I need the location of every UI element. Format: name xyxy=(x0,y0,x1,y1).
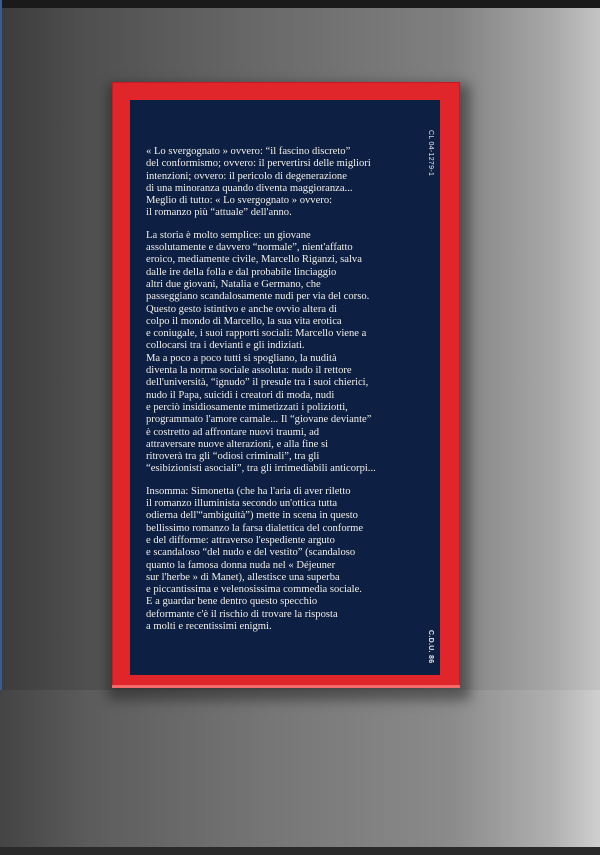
blurb-line: deformante c'è il rischio di trovare la … xyxy=(146,609,424,621)
blurb-line: attraversare nuove alterazioni, e alla f… xyxy=(146,439,424,451)
scanner-edge-top xyxy=(0,0,600,8)
blurb-line: e piccantissima e velenosissima commedia… xyxy=(146,584,424,596)
blurb-line: E a guardar bene dentro questo specchio xyxy=(146,596,424,608)
blurb-line: quanto la famosa donna nuda nel « Déjeun… xyxy=(146,560,424,572)
blurb-line: e scandaloso “del nudo e del vestito” (s… xyxy=(146,547,424,559)
blurb-line: La storia è molto semplice: un giovane xyxy=(146,230,424,242)
blurb-paragraph: La storia è molto semplice: un giovaneas… xyxy=(146,230,424,476)
blurb-line: dell'università, “ignudo” il presule tra… xyxy=(146,377,424,389)
blurb-line: collocarsi tra i devianti e gli indiziat… xyxy=(146,340,424,352)
blurb-line: di una minoranza quando diventa maggiora… xyxy=(146,183,424,195)
blurb-line: ritroverà tra gli “odiosi criminali”, tr… xyxy=(146,451,424,463)
blurb-line: il romanzo più “attuale” dell'anno. xyxy=(146,207,424,219)
blurb-line: intenzioni; ovvero: il pericolo di degen… xyxy=(146,171,424,183)
blurb-line: eroico, mediamente civile, Marcello Riga… xyxy=(146,254,424,266)
scanner-bed xyxy=(0,690,600,847)
blurb-line: il romanzo illuminista secondo un'ottica… xyxy=(146,498,424,510)
blurb-line: odierna dell'“ambiguità”) mette in scena… xyxy=(146,510,424,522)
blurb-line: e coniugale, i suoi rapporti sociali: Ma… xyxy=(146,328,424,340)
cdu-code: C.D.U. 86 xyxy=(427,630,434,663)
blurb-line: bellissimo romanzo la farsa dialettica d… xyxy=(146,523,424,535)
blurb-line: assolutamente e davvero “normale”, nient… xyxy=(146,242,424,254)
blurb-line: dalle ire della folla e dal probabile li… xyxy=(146,267,424,279)
blurb-line: sur l'herbe » di Manet), allestisce una … xyxy=(146,572,424,584)
scanner-edge-bottom xyxy=(0,847,600,855)
blurb-line: Questo gesto istintivo e anche ovvio alt… xyxy=(146,304,424,316)
blurb-paragraph: Insomma: Simonetta (che ha l'aria di ave… xyxy=(146,486,424,634)
blurb-line: a molti e recentissimi enigmi. xyxy=(146,621,424,633)
blurb-line: passeggiano scandalosamente nudi per via… xyxy=(146,291,424,303)
blurb-line: Insomma: Simonetta (che ha l'aria di ave… xyxy=(146,486,424,498)
blurb-line: nudo il Papa, suicidi i creatori di moda… xyxy=(146,390,424,402)
blurb-line: programmato l'amore carnale... Il “giova… xyxy=(146,414,424,426)
blurb-line: « Lo svergognato » ovvero: “il fascino d… xyxy=(146,146,424,158)
blurb-line: altri due giovani, Natalia e Germano, ch… xyxy=(146,279,424,291)
blurb-line: e del difforme: attraverso l'espediente … xyxy=(146,535,424,547)
blurb-line: diventa la norma sociale assoluta: nudo … xyxy=(146,365,424,377)
catalog-code: CL 04-1279-1 xyxy=(427,130,434,176)
blurb-line: è costretto ad affrontare nuovi traumi, … xyxy=(146,427,424,439)
book-back-cover: CL 04-1279-1 « Lo svergognato » ovvero: … xyxy=(112,82,460,688)
blurb-line: colpo il mondo di Marcello, la sua vita … xyxy=(146,316,424,328)
blurb-line: Meglio di tutto: « Lo svergognato » ovve… xyxy=(146,195,424,207)
blurb-line: Ma a poco a poco tutti si spogliano, la … xyxy=(146,353,424,365)
cover-text-panel: CL 04-1279-1 « Lo svergognato » ovvero: … xyxy=(130,100,440,675)
blurb-line: del conformismo; ovvero: il pervertirsi … xyxy=(146,158,424,170)
blurb-text: « Lo svergognato » ovvero: “il fascino d… xyxy=(146,146,424,643)
blurb-line: “esibizionisti asociali”, tra gli irrime… xyxy=(146,463,424,475)
blurb-paragraph: « Lo svergognato » ovvero: “il fascino d… xyxy=(146,146,424,220)
blurb-line: e perciò insidiosamente mimetizzati i po… xyxy=(146,402,424,414)
